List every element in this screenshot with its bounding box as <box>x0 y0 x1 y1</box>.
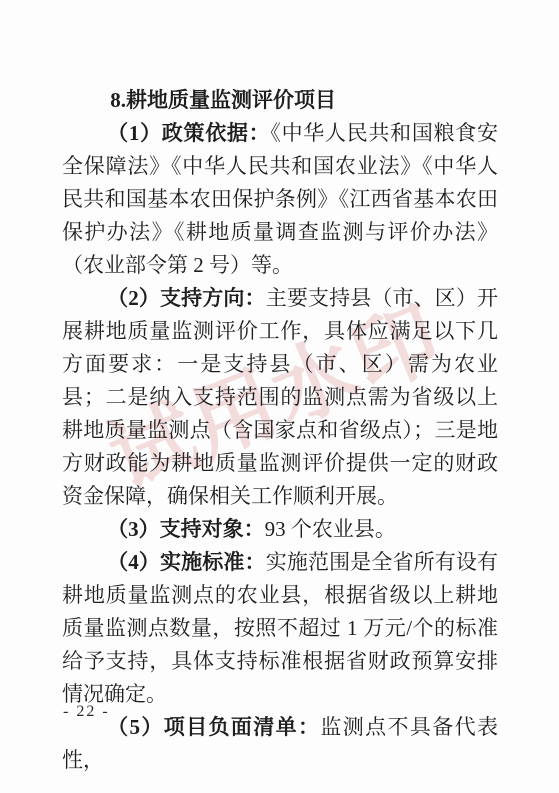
paragraph-text: 93 个农业县。 <box>265 517 396 541</box>
paragraph-label: （4）实施标准： <box>107 550 266 574</box>
paragraph-label: （2）支持方向： <box>107 286 266 310</box>
page-number: - 22 - <box>63 703 110 721</box>
paragraph-label: （1）政策依据： <box>107 121 270 145</box>
document-page: 试用水印 8.耕地质量监测评价项目 （1）政策依据：《中华人民共和国粮食安全保障… <box>0 0 559 793</box>
paragraph: （1）政策依据：《中华人民共和国粮食安全保障法》《中华人民共和国农业法》《中华人… <box>62 117 498 282</box>
paragraph-text: 主要支持县（市、区）开展耕地质量监测评价工作，具体应满足以下几方面要求：一是支持… <box>62 286 498 508</box>
paragraph-label: （5）项目负面清单： <box>107 715 320 739</box>
paragraph-list: （1）政策依据：《中华人民共和国粮食安全保障法》《中华人民共和国农业法》《中华人… <box>62 117 498 777</box>
paragraph: （5）项目负面清单：监测点不具备代表性， <box>62 711 498 777</box>
paragraph: （2）支持方向：主要支持县（市、区）开展耕地质量监测评价工作，具体应满足以下几方… <box>62 282 498 513</box>
paragraph: （4）实施标准：实施范围是全省所有设有耕地质量监测点的农业县，根据省级以上耕地质… <box>62 546 498 711</box>
paragraph: （3）支持对象：93 个农业县。 <box>62 513 498 546</box>
section-heading: 8.耕地质量监测评价项目 <box>62 84 498 117</box>
document-content: 8.耕地质量监测评价项目 （1）政策依据：《中华人民共和国粮食安全保障法》《中华… <box>62 84 498 777</box>
paragraph-label: （3）支持对象： <box>107 517 265 541</box>
